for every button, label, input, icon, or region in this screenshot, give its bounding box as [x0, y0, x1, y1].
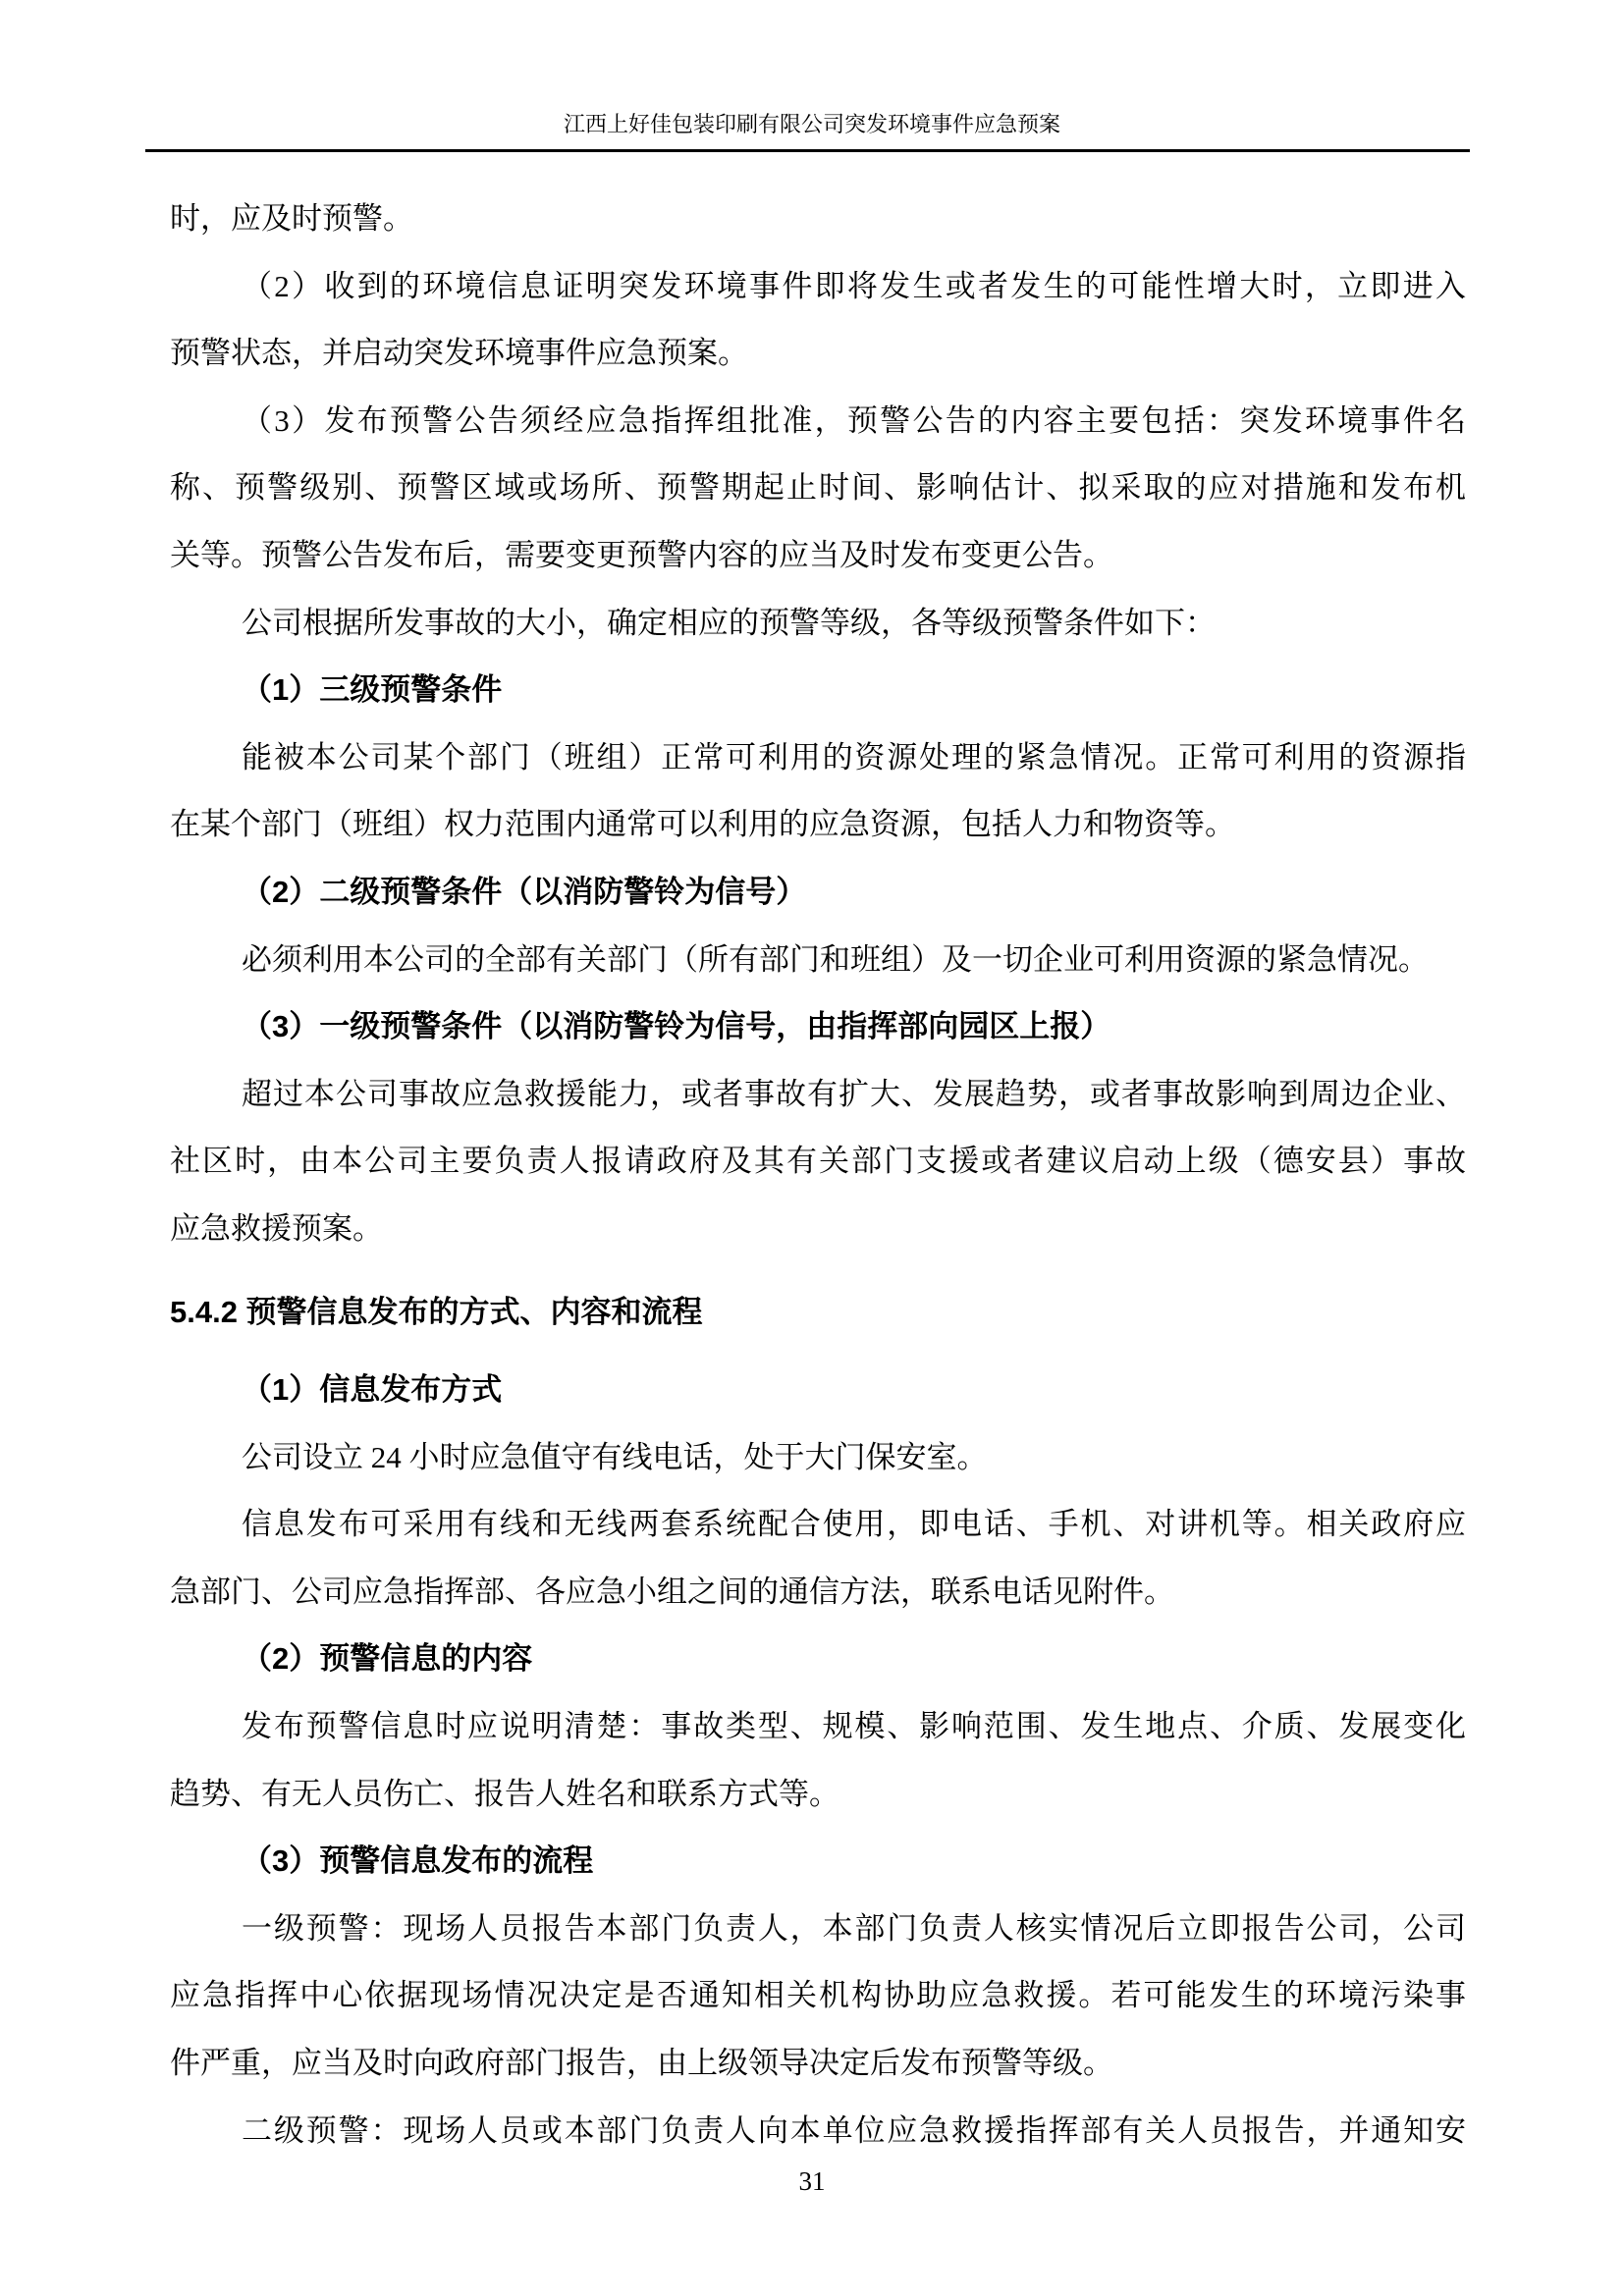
paragraph-line: 公司根据所发事故的大小，确定相应的预警等级，各等级预警条件如下：	[170, 590, 1466, 658]
header-title: 江西上好佳包装印刷有限公司突发环境事件应急预案	[0, 112, 1624, 137]
paragraph-line: 超过本公司事故应急救援能力，或者事故有扩大、发展趋势，或者事故影响到周边企业、	[170, 1061, 1466, 1129]
paragraph-line: （2）收到的环境信息证明突发环境事件即将发生或者发生的可能性增大时，立即进入	[170, 253, 1466, 321]
paragraph-line: 急部门、公司应急指挥部、各应急小组之间的通信方法，联系电话见附件。	[170, 1559, 1466, 1627]
heading-info-release-method: （1）信息发布方式	[170, 1357, 1466, 1424]
paragraph-line: 应急指挥中心依据现场情况决定是否通知相关机构协助应急救援。若可能发生的环境污染事	[170, 1962, 1466, 2030]
paragraph-line: 能被本公司某个部门（班组）正常可利用的资源处理的紧急情况。正常可利用的资源指	[170, 724, 1466, 792]
paragraph-line: 发布预警信息时应说明清楚：事故类型、规模、影响范围、发生地点、介质、发展变化	[170, 1693, 1466, 1761]
paragraph-line: 关等。预警公告发布后，需要变更预警内容的应当及时发布变更公告。	[170, 522, 1466, 590]
page-number: 31	[0, 2165, 1624, 2197]
paragraph-line: 称、预警级别、预警区域或场所、预警期起止时间、影响估计、拟采取的应对措施和发布机	[170, 454, 1466, 522]
paragraph-line: 预警状态，并启动突发环境事件应急预案。	[170, 320, 1466, 388]
paragraph-line: 件严重，应当及时向政府部门报告，由上级领导决定后发布预警等级。	[170, 2030, 1466, 2098]
heading-level2-warning: （2）二级预警条件（以消防警铃为信号）	[170, 859, 1466, 927]
paragraph-line: 信息发布可采用有线和无线两套系统配合使用，即电话、手机、对讲机等。相关政府应	[170, 1491, 1466, 1559]
heading-level3-warning: （1）三级预警条件	[170, 657, 1466, 724]
header-rule	[145, 149, 1470, 152]
heading-warning-info-process: （3）预警信息发布的流程	[170, 1828, 1466, 1896]
document-page: 江西上好佳包装印刷有限公司突发环境事件应急预案 时，应及时预警。 （2）收到的环…	[0, 0, 1624, 2296]
paragraph-line: 一级预警：现场人员报告本部门负责人，本部门负责人核实情况后立即报告公司，公司	[170, 1896, 1466, 1963]
document-body: 时，应及时预警。 （2）收到的环境信息证明突发环境事件即将发生或者发生的可能性增…	[170, 186, 1466, 2164]
heading-warning-info-content: （2）预警信息的内容	[170, 1626, 1466, 1693]
heading-level1-warning: （3）一级预警条件（以消防警铃为信号，由指挥部向园区上报）	[170, 993, 1466, 1061]
paragraph-line: （3）发布预警公告须经应急指挥组批准，预警公告的内容主要包括：突发环境事件名	[170, 388, 1466, 455]
paragraph-line: 时，应及时预警。	[170, 186, 1466, 253]
paragraph-line: 二级预警：现场人员或本部门负责人向本单位应急救援指挥部有关人员报告，并通知安	[170, 2098, 1466, 2165]
paragraph-line: 必须利用本公司的全部有关部门（所有部门和班组）及一切企业可利用资源的紧急情况。	[170, 927, 1466, 994]
paragraph-line: 公司设立 24 小时应急值守有线电话，处于大门保安室。	[170, 1424, 1466, 1492]
paragraph-line: 在某个部门（班组）权力范围内通常可以利用的应急资源，包括人力和物资等。	[170, 791, 1466, 859]
paragraph-line: 社区时，由本公司主要负责人报请政府及其有关部门支援或者建议启动上级（德安县）事故	[170, 1128, 1466, 1196]
section-heading-5-4-2: 5.4.2 预警信息发布的方式、内容和流程	[170, 1279, 1466, 1347]
paragraph-line: 应急救援预案。	[170, 1196, 1466, 1263]
paragraph-line: 趋势、有无人员伤亡、报告人姓名和联系方式等。	[170, 1761, 1466, 1829]
